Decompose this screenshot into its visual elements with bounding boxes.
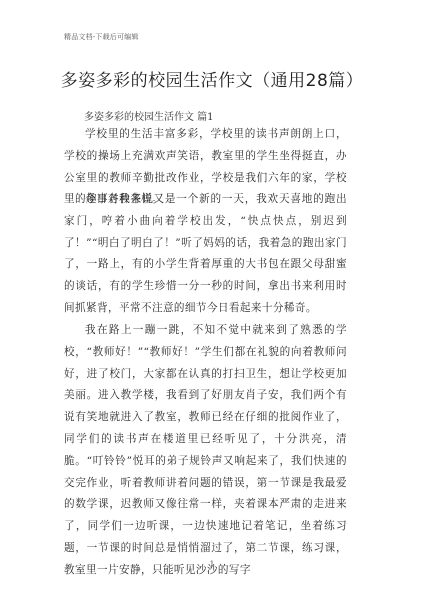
paragraph-3: 我在路上一蹦一跳，不知不觉中就来到了熟悉的学校，“教师好！”“教师好！”学生们都… [64, 320, 347, 582]
header-note: 精品文档-下载后可编辑 [64, 32, 139, 42]
document-title: 多姿多彩的校园生活作文（通用28篇） [0, 66, 424, 91]
page-number: 1 [0, 560, 424, 568]
section-subtitle: 多姿多彩的校园生活作文 篇1 [84, 108, 214, 123]
paragraph-2: 今日对我来说又是一个新的一天，我欢天喜地的跑出家门，哼着小曲向着学校出发，“快点… [64, 189, 347, 320]
